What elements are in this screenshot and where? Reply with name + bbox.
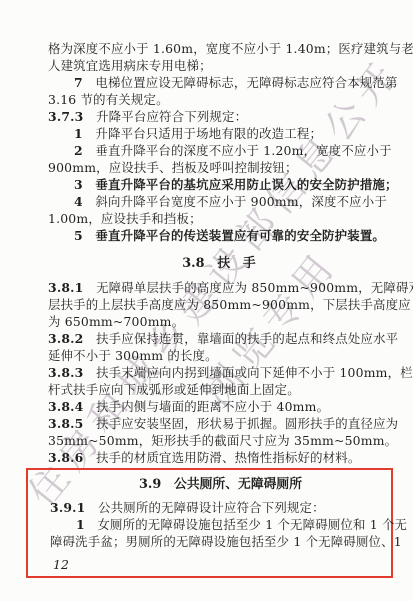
text-line: 延伸不小于 300mm 的长度。 [48,347,390,364]
document-page: 住房和城乡建设部信息公开 浏览专用 格为深度不应小于 1.60m，宽度不应小于 … [0,0,413,601]
text-segment: 3.8.5 [48,416,84,431]
text-segment: 扶手的材质宜选用防滑、热惰性指标好的材料。 [84,450,361,465]
text-line: 3.8.3 扶手末端应向内拐到墙面或向下延伸不小于 100mm，栏 [48,364,390,381]
text-segment: 无障碍单层扶手的高度应为 850mm~900mm，无障碍双 [84,280,413,295]
text-segment: 4 [74,194,83,209]
text-segment: 女厕所的无障碍设施包括至少 1 个无障碍厕位和 1 个无 [85,517,407,532]
text-line: 3.8.5 扶手应安装坚固，形状易于抓握。圆形扶手的直径应为 [48,415,390,432]
text-segment: 公共厕所的无障碍设计应符合下列规定： [86,500,325,515]
text-segment: 延伸不小于 300mm 的长度。 [48,348,218,363]
text-segment: 3.8.4 [48,399,84,414]
text-segment: 为 650mm~700mm。 [48,314,184,329]
text-segment: 7 [74,75,83,90]
text-segment: 扶手应保持连贯，靠墙面的扶手的起点和终点处应水平 [84,331,399,346]
text-line: 杆式扶手应向下成弧形或延伸到地面上固定。 [48,381,390,398]
text-line: 3.8.6 扶手的材质宜选用防滑、热惰性指标好的材料。 [48,449,390,466]
section-heading: 3.9 公共厕所、无障碍厕所 [50,476,391,493]
text-segment: 3.9.1 [50,500,86,515]
text-segment: 1.00m，应设扶手和挡板； [48,211,202,226]
text-segment: 升降平台应符合下列规定： [84,109,248,124]
text-line: 3.7.3 升降平台应符合下列规定： [48,108,390,125]
text-line: 层扶手的上层扶手高度应为 850mm~900mm，下层扶手高度应 [48,296,390,313]
main-text-block: 格为深度不应小于 1.60m，宽度不应小于 1.40m；医疗建筑与老人建筑宜选用… [48,40,390,466]
text-line: 为 650mm~700mm。 [48,313,390,330]
text-line: 3.8.1 无障碍单层扶手的高度应为 850mm~900mm，无障碍双 [48,279,390,296]
text-segment: 斜向升降平台宽度不应小于 900mm，深度不应小于 [83,194,387,209]
text-segment: 3.7.3 [48,109,84,124]
text-line: 900mm，应设扶手、挡板及呼叫控制按钮； [48,159,390,176]
text-segment: 升降平台只适用于场地有限的改造工程； [83,126,322,141]
text-segment: 层扶手的上层扶手高度应为 850mm~900mm，下层扶手高度应 [48,297,411,312]
text-segment: 格为深度不应小于 1.60m，宽度不应小于 1.40m；医疗建筑与老 [48,41,413,56]
page-number: 12 [53,557,391,572]
text-line: 1.00m，应设扶手和挡板； [48,210,390,227]
text-segment: 人建筑宜选用病床专用电梯； [48,58,212,73]
text-segment: 3.8.2 [48,331,84,346]
text-line: 1 升降平台只适用于场地有限的改造工程； [48,125,390,142]
text-segment: 3.8 扶 手 [182,256,255,271]
text-line: 7 电梯位置应设无障碍标志，无障碍标志应符合本规范第 [48,74,390,91]
text-segment: 垂直升降平台的深度不应小于 1.20m，宽度不应小于 [83,143,392,158]
text-line: 2 垂直升降平台的深度不应小于 1.20m，宽度不应小于 [48,142,390,159]
text-segment: 3 [74,177,83,192]
text-segment: 扶手内侧与墙面的距离不应小于 40mm。 [84,399,330,414]
text-segment: 5 [74,228,83,243]
text-line: 3.9.1 公共厕所的无障碍设计应符合下列规定： [50,499,391,516]
page-content: 格为深度不应小于 1.60m，宽度不应小于 1.40m；医疗建筑与老人建筑宜选用… [48,40,390,578]
text-line: 1 女厕所的无障碍设施包括至少 1 个无障碍厕位和 1 个无 [50,516,391,533]
text-line: 人建筑宜选用病床专用电梯； [48,57,390,74]
text-line: 格为深度不应小于 1.60m，宽度不应小于 1.40m；医疗建筑与老 [48,40,390,57]
text-line: 3.16 节的有关规定。 [48,91,390,108]
text-segment: 1 [76,517,85,532]
text-segment: 900mm，应设扶手、挡板及呼叫控制按钮； [48,160,298,175]
text-segment: 1 [74,126,83,141]
section-heading: 3.8 扶 手 [48,255,390,272]
text-line: 3 垂直升降平台的基坑应采用防止误入的安全防护措施； [48,176,390,193]
text-segment: 垂直升降平台的基坑应采用防止误入的安全防护措施； [83,177,398,192]
text-segment: 3.8.1 [48,280,84,295]
highlight-box: 3.9 公共厕所、无障碍厕所3.9.1 公共厕所的无障碍设计应符合下列规定：1 … [26,468,393,578]
text-segment: 2 [74,143,83,158]
text-line: 5 垂直升降平台的传送装置应有可靠的安全防护装置。 [48,227,390,244]
text-segment: 障碍洗手盆；男厕所的无障碍设施包括至少 1 个无障碍厕位、1 [50,534,402,549]
text-segment: 垂直升降平台的传送装置应有可靠的安全防护装置。 [83,228,385,243]
text-line: 3.8.2 扶手应保持连贯，靠墙面的扶手的起点和终点处应水平 [48,330,390,347]
boxed-text-block: 3.9 公共厕所、无障碍厕所3.9.1 公共厕所的无障碍设计应符合下列规定：1 … [50,476,391,550]
text-segment: 35mm~50mm，矩形扶手的截面尺寸应为 35mm~50mm。 [48,433,397,448]
text-segment: 3.16 节的有关规定。 [48,92,169,107]
text-segment: 扶手应安装坚固，形状易于抓握。圆形扶手的直径应为 [84,416,399,431]
text-segment: 扶手末端应向内拐到墙面或向下延伸不小于 100mm，栏 [84,365,413,380]
text-line: 3.8.4 扶手内侧与墙面的距离不应小于 40mm。 [48,398,390,415]
text-segment: 3.8.6 [48,450,84,465]
text-line: 4 斜向升降平台宽度不应小于 900mm，深度不应小于 [48,193,390,210]
text-line: 35mm~50mm，矩形扶手的截面尺寸应为 35mm~50mm。 [48,432,390,449]
text-segment: 3.9 公共厕所、无障碍厕所 [139,477,302,492]
text-segment: 3.8.3 [48,365,84,380]
text-segment: 杆式扶手应向下成弧形或延伸到地面上固定。 [48,382,300,397]
text-segment: 电梯位置应设无障碍标志，无障碍标志应符合本规范第 [83,75,398,90]
text-line: 障碍洗手盆；男厕所的无障碍设施包括至少 1 个无障碍厕位、1 [50,533,391,550]
